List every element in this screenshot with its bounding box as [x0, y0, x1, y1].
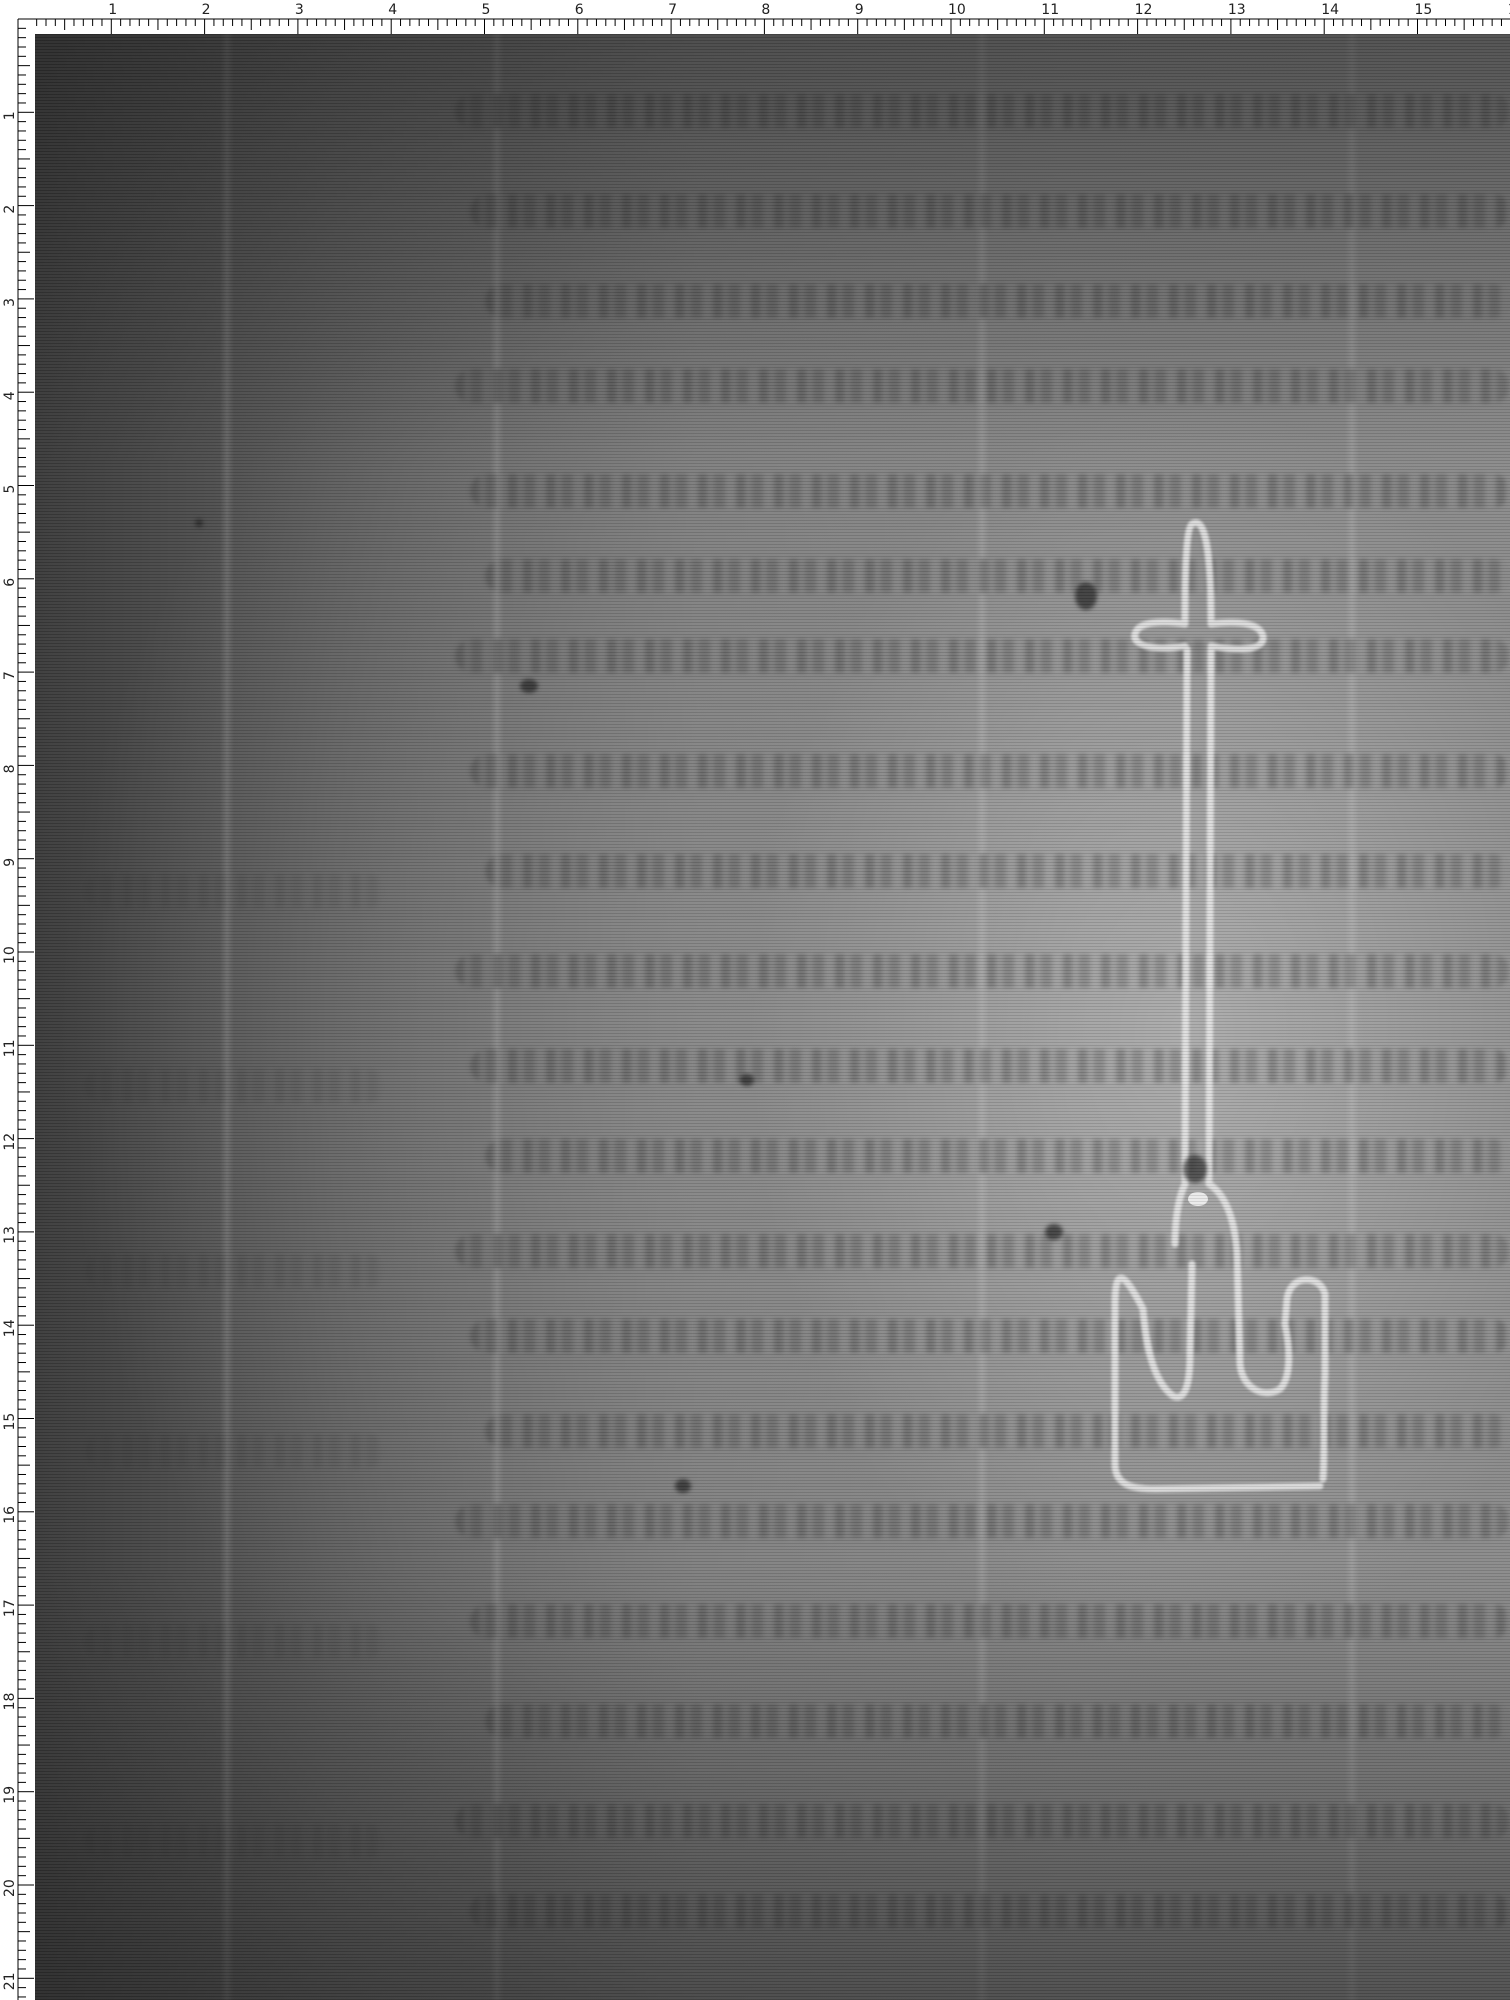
top-ruler-label: 10 [948, 2, 966, 18]
left-ruler-label: 17 [2, 1599, 18, 1617]
left-ruler-label: 14 [2, 1319, 18, 1337]
left-ruler-label: 19 [2, 1786, 18, 1804]
top-ruler-label: 4 [388, 2, 397, 18]
left-ruler-label: 7 [2, 671, 18, 680]
left-ruler-label: 20 [2, 1879, 18, 1897]
left-ruler-label: 11 [2, 1039, 18, 1057]
left-ruler-label: 2 [2, 205, 18, 214]
left-ruler-label: 4 [2, 391, 18, 400]
left-ruler-label: 16 [2, 1506, 18, 1524]
top-ruler-label: 7 [668, 2, 677, 18]
top-ruler-label: 8 [761, 2, 770, 18]
top-ruler-label: 3 [295, 2, 304, 18]
top-ruler-label: 14 [1321, 2, 1339, 18]
left-ruler-label: 8 [2, 764, 18, 773]
left-ruler-label: 10 [2, 946, 18, 964]
top-ruler-label: 2 [202, 2, 211, 18]
top-ruler-label: 13 [1228, 2, 1246, 18]
left-ruler-label: 3 [2, 298, 18, 307]
top-ruler: 012345678910111213141516 [0, 0, 1510, 34]
left-ruler: 123456789101112131415161718192021 [0, 0, 34, 2000]
left-ruler-scale: 123456789101112131415161718192021 [0, 0, 34, 2000]
top-ruler-label: 12 [1135, 2, 1153, 18]
left-ruler-label: 1 [2, 111, 18, 120]
left-ruler-label: 21 [2, 1972, 18, 1990]
left-ruler-label: 6 [2, 578, 18, 587]
scanline-texture [35, 34, 1510, 2000]
left-ruler-label: 12 [2, 1133, 18, 1151]
top-ruler-scale: 012345678910111213141516 [0, 0, 1510, 34]
manuscript-radiograph [35, 34, 1510, 2000]
left-ruler-label: 15 [2, 1413, 18, 1431]
left-ruler-label: 18 [2, 1693, 18, 1711]
left-ruler-label: 13 [2, 1226, 18, 1244]
top-ruler-label: 1 [108, 2, 117, 18]
top-ruler-label: 11 [1041, 2, 1059, 18]
top-ruler-label: 6 [575, 2, 584, 18]
top-ruler-label: 15 [1415, 2, 1433, 18]
left-ruler-label: 9 [2, 858, 18, 867]
top-ruler-label: 9 [855, 2, 864, 18]
left-ruler-label: 5 [2, 485, 18, 494]
top-ruler-label: 5 [482, 2, 491, 18]
